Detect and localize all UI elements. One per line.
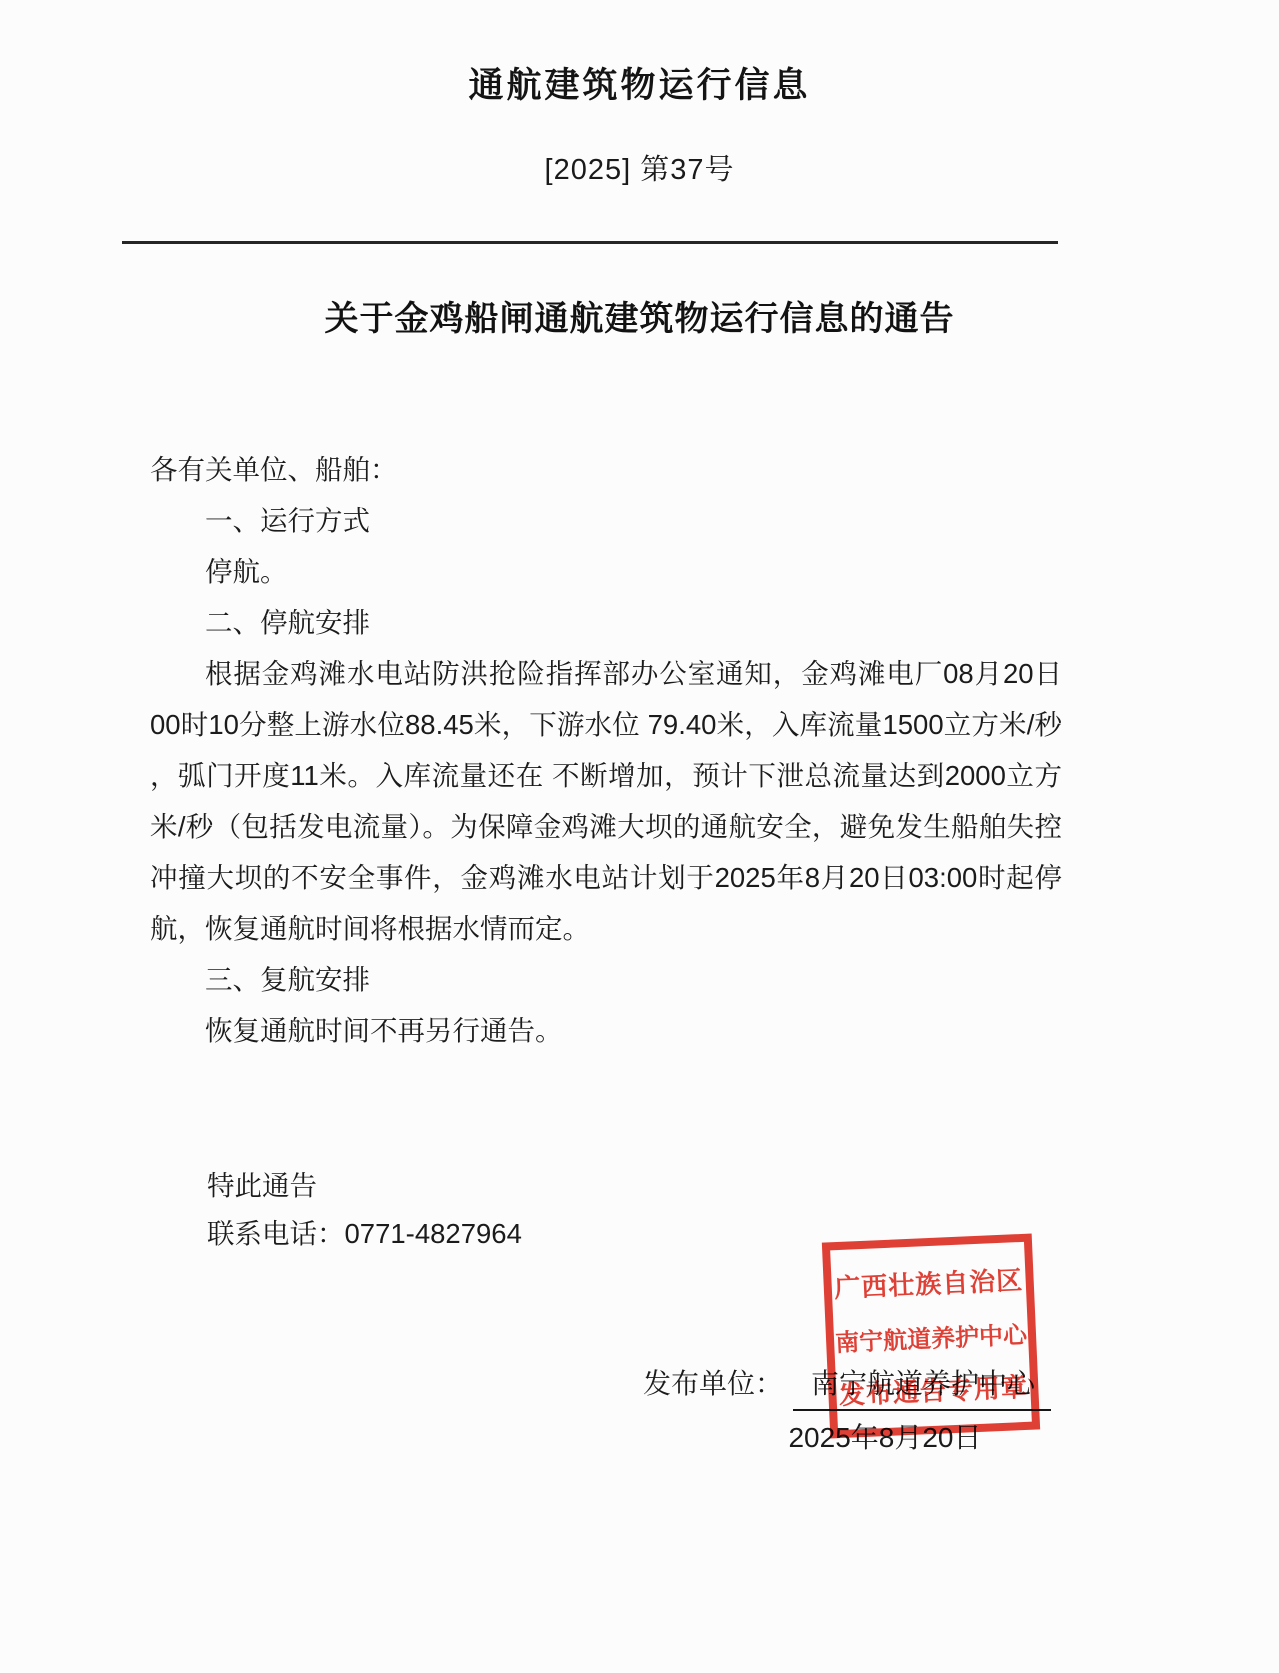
divider-line bbox=[122, 241, 1058, 244]
notice-body: 各有关单位、船舶： 一、运行方式 停航。 二、停航安排 根据金鸡滩水电站防洪抢险… bbox=[150, 444, 1062, 1056]
section-1-body: 停航。 bbox=[150, 546, 1062, 597]
section-3-heading: 三、复航安排 bbox=[150, 954, 1062, 1005]
section-1-heading: 一、运行方式 bbox=[150, 495, 1062, 546]
closing-statement: 特此通告 bbox=[207, 1160, 317, 1211]
stamp-line-organization: 南宁航道养护中心 bbox=[834, 1314, 1027, 1357]
section-2-body: 根据金鸡滩水电站防洪抢险指挥部办公室通知，金鸡滩电厂08月20日00时10分整上… bbox=[150, 648, 1062, 954]
notice-document: 通航建筑物运行信息 [2025] 第37号 关于金鸡船闸通航建筑物运行信息的通告… bbox=[0, 0, 1279, 1673]
publisher-label: 发布单位： bbox=[643, 1368, 783, 1399]
section-3-body: 恢复通航时间不再另行通告。 bbox=[150, 1005, 1062, 1056]
section-2-heading: 二、停航安排 bbox=[150, 597, 1062, 648]
notice-subtitle: 关于金鸡船闸通航建筑物运行信息的通告 bbox=[0, 291, 1279, 340]
document-number: [2025] 第37号 bbox=[0, 147, 1279, 188]
page-title: 通航建筑物运行信息 bbox=[0, 58, 1279, 108]
stamp-line-region: 广西壮族自治区 bbox=[833, 1260, 1023, 1305]
stamp-line-purpose: 发布通告专用章 bbox=[838, 1367, 1028, 1412]
contact-phone: 联系电话：0771-4827964 bbox=[207, 1208, 522, 1259]
salutation: 各有关单位、船舶： bbox=[150, 444, 1062, 495]
official-seal-stamp: 广西壮族自治区 南宁航道养护中心 发布通告专用章 bbox=[822, 1234, 1040, 1439]
